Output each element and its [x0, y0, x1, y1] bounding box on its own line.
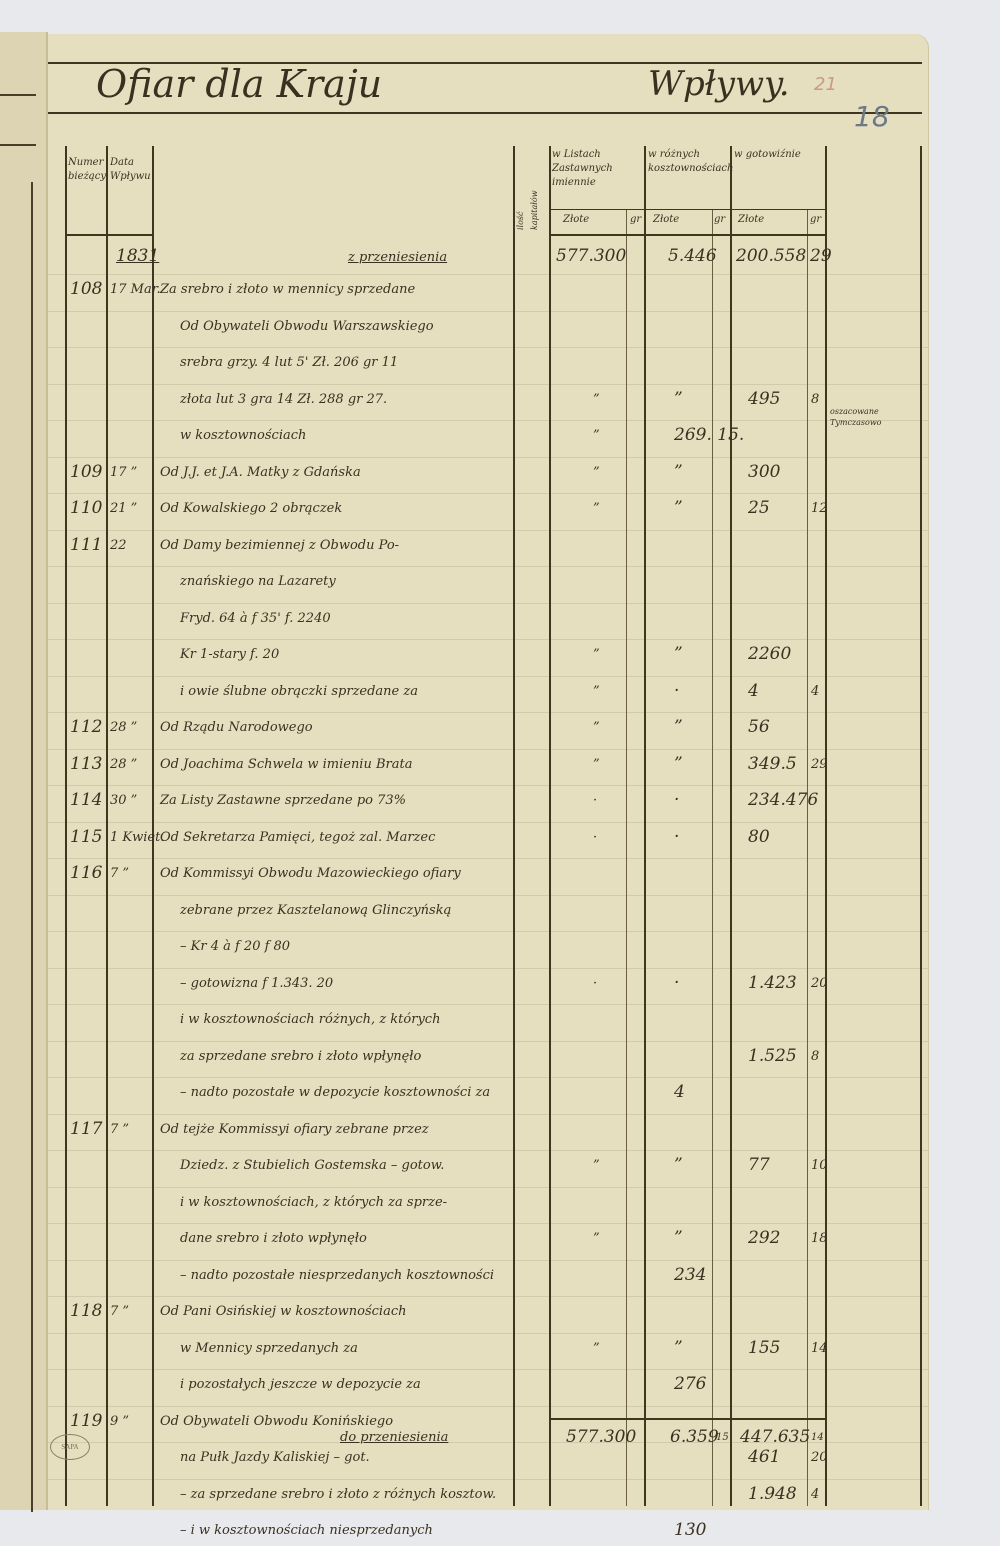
cash-grosze-value: 20 [811, 976, 828, 991]
ruling-line [48, 1187, 928, 1188]
totals-rule [549, 1418, 825, 1420]
entry-number: 118 [70, 1301, 102, 1321]
valuables-value: ” [674, 1155, 683, 1175]
ledger-title: Ofiar dla Kraju [96, 62, 382, 106]
ruling-line [48, 895, 928, 896]
entry-number: 119 [70, 1411, 102, 1431]
cash-zloty-value: 56 [748, 717, 770, 737]
cash-zloty-value: 1.423 [748, 973, 797, 993]
entry-number: 114 [70, 790, 102, 810]
cash-zloty-value: 25 [748, 498, 770, 518]
folio-number: 18 [854, 100, 890, 133]
entry-description-line: złota lut 3 gra 14 Zł. 288 gr 27. [180, 392, 387, 407]
divider [0, 94, 36, 96]
column-rule [712, 209, 713, 1506]
header-valuables: w różnych kosztownościach [648, 148, 728, 176]
total-valuables: 6.359 [670, 1427, 719, 1447]
ruling-line [48, 566, 928, 567]
header-count: ilość kapitałów [514, 170, 542, 230]
valuables-value: ” [674, 462, 683, 482]
ruling-line [48, 1041, 928, 1042]
cash-zloty-value: 461 [748, 1447, 780, 1467]
entry-number: 111 [70, 535, 102, 555]
entry-description-line: Od Kowalskiego 2 obrączek [160, 501, 342, 516]
total-pledges: 577.300 [566, 1427, 636, 1447]
totals-label: do przeniesienia [340, 1430, 448, 1445]
column-rule [65, 146, 67, 1506]
entry-description-line: dane srebro i złoto wpłynęło [180, 1231, 367, 1246]
cash-zloty-value: 4 [748, 681, 759, 701]
valuables-value: 269. 15. [674, 425, 744, 445]
entry-description-line: i owie ślubne obrączki sprzedane za [180, 684, 418, 699]
archive-stamp: SAPA [50, 1434, 90, 1460]
ruling-line [48, 676, 928, 677]
pledges-value: · [593, 793, 597, 808]
total-cash-gr: 14 [811, 1432, 824, 1443]
valuables-value: 4 [674, 1082, 685, 1102]
cash-zloty-value: 1.525 [748, 1046, 797, 1066]
subheader-zloty: Złote [738, 214, 764, 225]
header-date: Data Wpływu [110, 156, 152, 184]
entry-number: 116 [70, 863, 102, 883]
entry-description-line: Od Sekretarza Pamięci, tegoż zal. Marzec [160, 830, 435, 845]
archive-stamp-text: SAPA [61, 1443, 78, 1451]
cash-zloty-value: 495 [748, 389, 780, 409]
cash-grosze-value: 8 [811, 1049, 819, 1064]
pledges-value: ” [593, 684, 600, 699]
ruling-line [48, 1150, 928, 1151]
valuables-value: ” [674, 754, 683, 774]
column-rule [152, 146, 154, 1506]
entry-number: 112 [70, 717, 102, 737]
ruling-line [48, 1004, 928, 1005]
cash-zloty-value: 155 [748, 1338, 780, 1358]
ruling-line [48, 493, 928, 494]
entry-description-line: Za srebro i złoto w mennicy sprzedane [160, 282, 415, 297]
pledges-value: ” [593, 757, 600, 772]
ruling-line [48, 274, 928, 275]
column-rule [920, 146, 922, 1506]
carried-forward-label: z przeniesienia [348, 250, 447, 265]
pledges-value: ” [593, 428, 600, 443]
cash-zloty-value: 80 [748, 827, 770, 847]
entry-description-line: Od tejże Kommissyi ofiary zebrane przez [160, 1122, 429, 1137]
pledges-value: ” [593, 647, 600, 662]
header-pledges: w Listach Zastawnych imiennie [552, 148, 642, 190]
entry-number: 115 [70, 827, 102, 847]
ruling-line [48, 347, 928, 348]
entry-description-line: zebrane przez Kasztelanową Glinczyńską [180, 903, 451, 918]
ruling-line [48, 1406, 928, 1407]
entry-description-line: na Pułk Jazdy Kaliskiej – got. [180, 1450, 370, 1465]
carried-pledges: 577.300 [556, 246, 626, 266]
ruling-line [48, 1077, 928, 1078]
valuables-value: · [674, 790, 679, 810]
column-rule [106, 146, 108, 1506]
entry-date: 7 ” [110, 1122, 129, 1137]
ruling-line [48, 420, 928, 421]
folio-stamp: 21 [814, 74, 837, 95]
entry-description-line: i w kosztownościach różnych, z których [180, 1012, 440, 1027]
entry-description-line: Od Joachima Schwela w imieniu Brata [160, 757, 412, 772]
column-rule [807, 209, 808, 1506]
ruling-line [48, 1479, 928, 1480]
divider [0, 144, 36, 146]
ledger-page: Ofiar dla Kraju Wpływy. 21 18 Numer bież… [48, 34, 928, 1510]
entry-date: 17 ” [110, 465, 137, 480]
pledges-value: ” [593, 465, 600, 480]
ruling-line [48, 822, 928, 823]
valuables-value: ” [674, 644, 683, 664]
total-cash: 447.635 [740, 1427, 810, 1447]
pledges-value: ” [593, 392, 600, 407]
subheader-zloty: Złote [563, 214, 589, 225]
ruling-line [48, 931, 928, 932]
column-rule [513, 146, 515, 1506]
entry-description-line: za sprzedane srebro i złoto wpłynęło [180, 1049, 421, 1064]
ruling-line [48, 749, 928, 750]
entry-description-line: Od Pani Osińskiej w kosztownościach [160, 1304, 407, 1319]
carried-valuables: 5.446 [668, 246, 717, 266]
ruling-line [48, 384, 928, 385]
entry-description-line: znańskiego na Lazarety [180, 574, 336, 589]
entry-description-line: – gotowizna f 1.343. 20 [180, 976, 333, 991]
header-subrule [549, 209, 825, 210]
valuables-value: 234 [674, 1265, 706, 1285]
remark-note: oszacowane Tymczasowo [830, 406, 918, 428]
entry-description-line: srebra grzy. 4 lut 5' Zł. 206 gr 11 [180, 355, 398, 370]
pledges-value: ” [593, 501, 600, 516]
subheader-grosze: gr [714, 214, 725, 225]
section-title: Wpływy. [648, 64, 790, 104]
cash-zloty-value: 1.948 [748, 1484, 797, 1504]
cash-grosze-value: 18 [811, 1231, 828, 1246]
entry-date: 9 ” [110, 1414, 129, 1429]
entry-description-line: – nadto pozostałe niesprzedanych kosztow… [180, 1268, 494, 1283]
ruling-line [48, 639, 928, 640]
ruling-line [48, 530, 928, 531]
cash-grosze-value: 8 [811, 392, 819, 407]
valuables-value: ” [674, 389, 683, 409]
header-underline [549, 234, 825, 236]
pledges-value: · [593, 976, 597, 991]
header-rule [48, 112, 922, 114]
total-valuables-gr: 15 [716, 1432, 729, 1443]
entry-date: 28 ” [110, 757, 137, 772]
entry-date: 7 ” [110, 1304, 129, 1319]
cash-grosze-value: 10 [811, 1158, 828, 1173]
cash-grosze-value: 12 [811, 501, 828, 516]
valuables-value: ” [674, 1228, 683, 1248]
entry-date: 17 Mar. [110, 282, 161, 297]
valuables-value: ” [674, 498, 683, 518]
cash-zloty-value: 77 [748, 1155, 770, 1175]
entry-date: 30 ” [110, 793, 137, 808]
pledges-value: ” [593, 1341, 600, 1356]
entry-description-line: Dziedz. z Stubielich Gostemska – gotow. [180, 1158, 444, 1173]
entry-description-line: – Kr 4 à f 20 f 80 [180, 939, 290, 954]
ruling-line [48, 311, 928, 312]
pledges-value: ” [593, 1158, 600, 1173]
valuables-value: · [674, 973, 679, 993]
valuables-value: ” [674, 717, 683, 737]
ruling-line [48, 858, 928, 859]
entry-description-line: Od J.J. et J.A. Matky z Gdańska [160, 465, 361, 480]
entry-description-line: – za sprzedane srebro i złoto z różnych … [180, 1487, 496, 1502]
cash-zloty-value: 300 [748, 462, 780, 482]
entry-description-line: – i w kosztownościach niesprzedanych [180, 1523, 433, 1538]
cash-zloty-value: 234.476 [748, 790, 818, 810]
entry-date: 1 Kwiet. [110, 830, 164, 845]
ruling-line [48, 1223, 928, 1224]
cash-zloty-value: 292 [748, 1228, 780, 1248]
entry-date: 28 ” [110, 720, 137, 735]
subheader-zloty: Złote [653, 214, 679, 225]
valuables-value: · [674, 681, 679, 701]
header-number: Numer bieżący [68, 156, 106, 184]
ruling-line [48, 968, 928, 969]
ruling-line [48, 1369, 928, 1370]
entry-date: 7 ” [110, 866, 129, 881]
cash-grosze-value: 4 [811, 684, 819, 699]
entry-description-line: Fryd. 64 à f 35' f. 2240 [180, 611, 331, 626]
header-underline [65, 234, 152, 236]
entry-number: 108 [70, 279, 102, 299]
ruling-line [48, 1260, 928, 1261]
column-rule [730, 146, 732, 1506]
ruling-line [48, 603, 928, 604]
entry-description-line: i w kosztownościach, z których za sprze- [180, 1195, 447, 1210]
ruling-line [48, 1114, 928, 1115]
cash-zloty-value: 2260 [748, 644, 791, 664]
entry-number: 110 [70, 498, 102, 518]
valuables-value: ” [674, 1338, 683, 1358]
ruling-line [48, 457, 928, 458]
entry-number: 113 [70, 754, 102, 774]
column-rule [825, 146, 827, 1506]
valuables-value: 130 [674, 1520, 706, 1540]
ruling-line [48, 712, 928, 713]
entry-number: 117 [70, 1119, 102, 1139]
ruling-line [48, 785, 928, 786]
subheader-grosze: gr [630, 214, 641, 225]
entry-description-line: Kr 1-stary f. 20 [180, 647, 279, 662]
column-rule [644, 146, 646, 1506]
column-rule [549, 146, 551, 1506]
entry-date: 22 [110, 538, 127, 553]
cash-grosze-value: 29 [811, 757, 828, 772]
year: 1831 [116, 246, 159, 266]
subheader-grosze: gr [810, 214, 821, 225]
entry-description-line: Od Obywateli Obwodu Warszawskiego [180, 319, 434, 334]
cash-grosze-value: 20 [811, 1450, 828, 1465]
entry-description-line: w Mennicy sprzedanych za [180, 1341, 358, 1356]
column-rule [626, 209, 627, 1506]
entry-description-line: w kosztownościach [180, 428, 306, 443]
cash-grosze-value: 4 [811, 1487, 819, 1502]
header-cash: w gotowiźnie [734, 148, 814, 162]
entry-date: 21 ” [110, 501, 137, 516]
entry-description-line: Od Obywateli Obwodu Konińskiego [160, 1414, 393, 1429]
carried-cash: 200.558 [736, 246, 806, 266]
valuables-value: · [674, 827, 679, 847]
valuables-value: 276 [674, 1374, 706, 1394]
column-rule [31, 182, 33, 1512]
ruling-line [48, 1333, 928, 1334]
cash-grosze-value: 14 [811, 1341, 828, 1356]
entry-description-line: Od Kommissyi Obwodu Mazowieckiego ofiary [160, 866, 461, 881]
pledges-value: ” [593, 720, 600, 735]
ruling-line [48, 1296, 928, 1297]
entry-description-line: – nadto pozostałe w depozycie kosztownoś… [180, 1085, 490, 1100]
previous-page-edge [0, 32, 48, 1510]
entry-number: 109 [70, 462, 102, 482]
entry-description-line: Od Damy bezimiennej z Obwodu Po- [160, 538, 399, 553]
carried-cash-gr: 29 [810, 246, 832, 266]
pledges-value: ” [593, 1231, 600, 1246]
entry-description-line: Od Rządu Narodowego [160, 720, 313, 735]
cash-zloty-value: 349.5 [748, 754, 797, 774]
entry-description-line: i pozostałych jeszcze w depozycie za [180, 1377, 421, 1392]
pledges-value: · [593, 830, 597, 845]
entry-description-line: Za Listy Zastawne sprzedane po 73% [160, 793, 406, 808]
